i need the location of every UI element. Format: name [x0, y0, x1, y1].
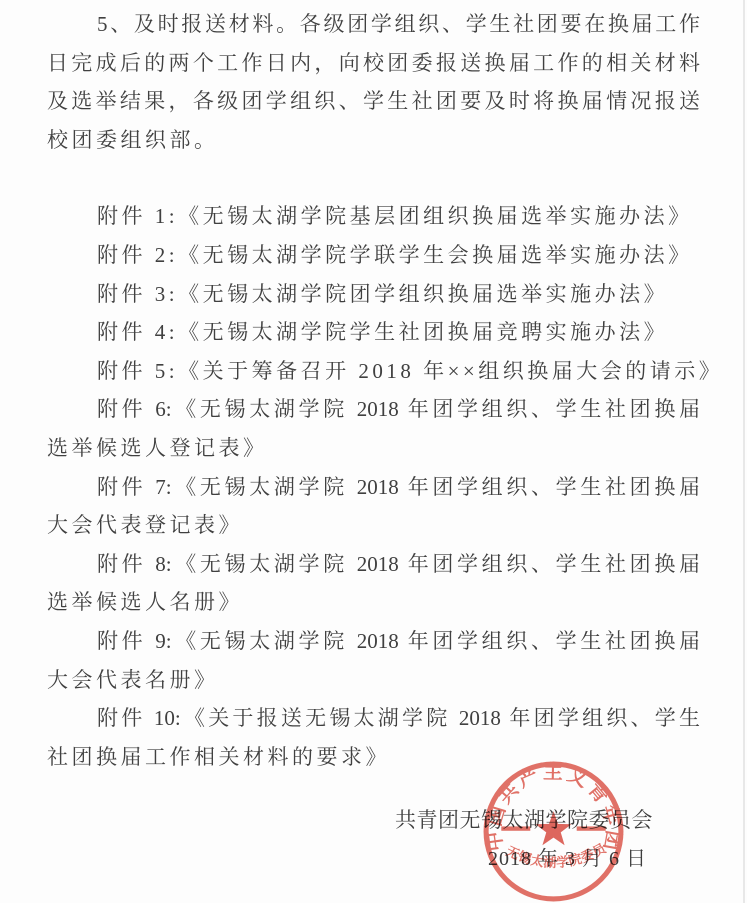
attachment-line: 社团换届工作相关材料的要求》	[47, 738, 700, 777]
attachment-line: 附件 2:《无锡太湖学院学联学生会换届选举实施办法》	[47, 236, 700, 275]
attachment-line: 附件 10:《关于报送无锡太湖学院 2018 年团学组织、学生	[47, 699, 700, 738]
body-text-line: 5、及时报送材料。各级团学组织、学生社团要在换届工作	[47, 5, 700, 44]
body-paragraph: 5、及时报送材料。各级团学组织、学生社团要在换届工作日完成后的两个工作日内，向校…	[47, 5, 700, 159]
body-text-line: 日完成后的两个工作日内，向校团委报送换届工作的相关材料	[47, 44, 700, 83]
attachment-line: 选举候选人名册》	[47, 583, 700, 622]
attachment-line: 附件 7:《无锡太湖学院 2018 年团学组织、学生社团换届	[47, 468, 700, 507]
document-page: 5、及时报送材料。各级团学组织、学生社团要在换届工作日完成后的两个工作日内，向校…	[0, 0, 747, 903]
attachment-line: 附件 8:《无锡太湖学院 2018 年团学组织、学生社团换届	[47, 545, 700, 584]
attachment-line: 附件 4:《无锡太湖学院学生社团换届竞聘实施办法》	[47, 313, 700, 352]
attachment-line: 大会代表名册》	[47, 661, 700, 700]
attachment-line: 附件 5:《关于筹备召开 2018 年××组织换届大会的请示》	[47, 352, 700, 391]
body-text-line: 校团委组织部。	[47, 121, 700, 160]
body-text-line: 及选举结果，各级团学组织、学生社团要及时将换届情况报送	[47, 82, 700, 121]
attachment-line: 附件 1:《无锡太湖学院基层团组织换届选举实施办法》	[47, 197, 700, 236]
document-body: 5、及时报送材料。各级团学组织、学生社团要在换届工作日完成后的两个工作日内，向校…	[47, 5, 700, 878]
attachment-line: 大会代表登记表》	[47, 506, 700, 545]
attachment-list: 附件 1:《无锡太湖学院基层团组织换届选举实施办法》附件 2:《无锡太湖学院学联…	[47, 197, 700, 776]
signature-org: 共青团无锡太湖学院委员会	[47, 801, 700, 840]
attachment-line: 选举候选人登记表》	[47, 429, 700, 468]
attachment-line: 附件 3:《无锡太湖学院团学组织换届选举实施办法》	[47, 275, 700, 314]
attachment-line: 附件 6:《无锡太湖学院 2018 年团学组织、学生社团换届	[47, 390, 700, 429]
signature-date: 2018 年 3 月 6 日	[47, 840, 700, 879]
signature-block: 共青团无锡太湖学院委员会 2018 年 3 月 6 日	[47, 801, 700, 878]
attachment-line: 附件 9:《无锡太湖学院 2018 年团学组织、学生社团换届	[47, 622, 700, 661]
scan-edge-line	[743, 0, 745, 903]
